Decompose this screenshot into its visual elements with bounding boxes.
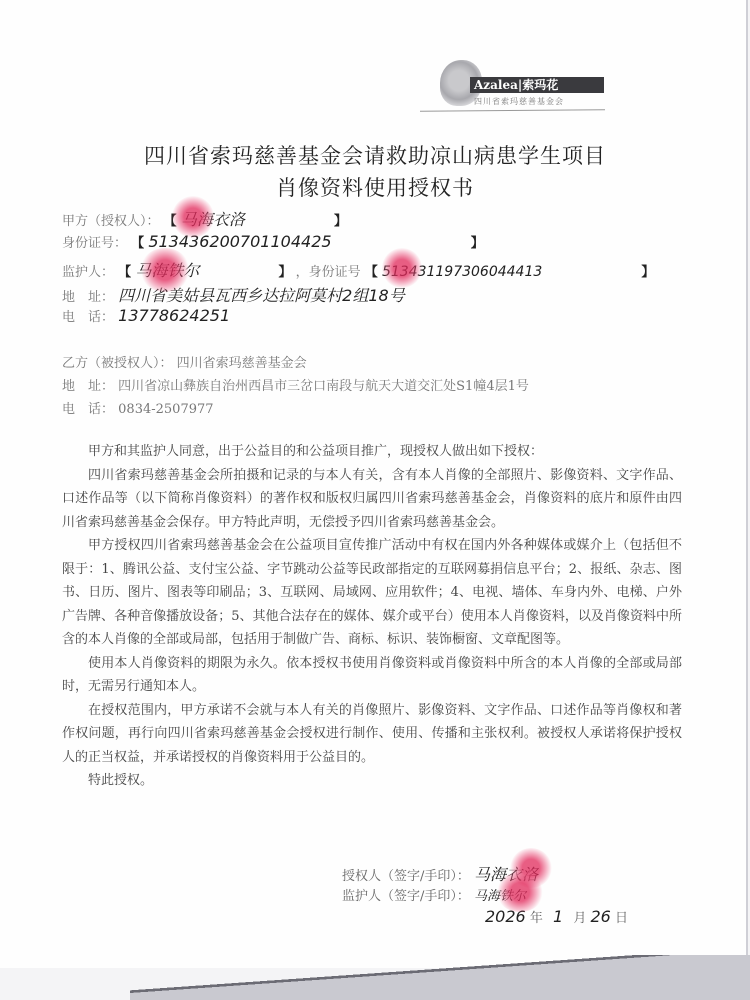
bracket-close: 】 bbox=[278, 265, 291, 280]
paragraph-commitment: 在授权范围内，甲方承诺不会就与本人有关的肖像照片、影像资料、文字作品、口述作品等… bbox=[62, 699, 682, 770]
document-page: Azalea|索玛花 四川省索玛慈善基金会 四川省索玛慈善基金会请救助凉山病患学… bbox=[0, 0, 748, 968]
party-b-name: 四川省索玛慈善基金会 bbox=[177, 356, 307, 371]
guardian-id-label: ，身份证号 bbox=[296, 265, 361, 280]
fingerprint-stamp bbox=[140, 248, 190, 292]
paragraph-consent: 甲方和其监护人同意，出于公益目的和公益项目推广，现授权人做出如下授权： bbox=[62, 440, 682, 464]
party-b-name-row: 乙方（被授权人）： 四川省索玛慈善基金会 bbox=[62, 352, 307, 371]
bracket-open: 【 bbox=[365, 265, 378, 280]
party-b-phone-label: 电 话： bbox=[62, 402, 114, 417]
fingerprint-stamp bbox=[172, 196, 214, 238]
bracket-open: 【 bbox=[131, 236, 144, 251]
authorizer-label: 授权人（签字/手印）： bbox=[342, 869, 470, 884]
agreement-body: 甲方和其监护人同意，出于公益目的和公益项目推广，现授权人做出如下授权： 四川省索… bbox=[62, 440, 682, 793]
paragraph-media-scope: 甲方授权四川省索玛慈善基金会在公益项目宣传推广活动中有权在国内外各种媒体或媒介上… bbox=[62, 534, 682, 652]
party-b-phone-row: 电 话： 0834-2507977 bbox=[62, 398, 214, 417]
paper-bottom-edge bbox=[130, 955, 750, 1000]
logo-brand-bar: Azalea|索玛花 bbox=[470, 77, 604, 93]
party-a-address-row: 地 址： 四川省美姑县瓦西乡达拉阿莫村2组18号 bbox=[62, 283, 405, 306]
bracket-open: 【 bbox=[118, 265, 131, 280]
date-month-unit: 月 bbox=[573, 911, 586, 926]
bracket-close: 】 bbox=[471, 236, 484, 251]
signing-date: 2026 年 1 月 26 日 bbox=[485, 907, 628, 926]
document-subtitle: 肖像资料使用授权书 bbox=[0, 172, 750, 202]
date-day: 26 bbox=[591, 907, 611, 926]
party-b-label: 乙方（被授权人）： bbox=[62, 356, 173, 371]
guardian-label: 监护人： bbox=[62, 265, 114, 280]
logo-brand-en: Azalea bbox=[474, 78, 518, 92]
party-a-label: 甲方（授权人）： bbox=[62, 214, 160, 229]
party-a-phone-label: 电 话： bbox=[62, 310, 114, 325]
date-year-unit: 年 bbox=[530, 911, 543, 926]
date-month: 1 bbox=[553, 907, 563, 926]
paragraph-closing: 特此授权。 bbox=[62, 769, 682, 793]
party-a-id-number: 513436200701104425 bbox=[148, 232, 331, 251]
party-b-address-row: 地 址： 四川省凉山彝族自治州西昌市三岔口南段与航天大道交汇处S1幢4层1号 bbox=[62, 375, 529, 394]
party-a-phone: 13778624251 bbox=[118, 306, 230, 325]
fingerprint-stamp bbox=[496, 872, 544, 912]
foundation-logo: Azalea|索玛花 四川省索玛慈善基金会 bbox=[440, 60, 605, 114]
logo-brand-cn: 索玛花 bbox=[522, 78, 558, 92]
party-a-id-label: 身份证号： bbox=[62, 236, 127, 251]
guardian-sign-label: 监护人（签字/手印）： bbox=[342, 889, 470, 904]
party-b-phone: 0834-2507977 bbox=[118, 402, 213, 417]
bracket-close: 】 bbox=[334, 214, 347, 229]
party-b-address-label: 地 址： bbox=[62, 379, 114, 394]
date-day-unit: 日 bbox=[615, 911, 628, 926]
fingerprint-stamp bbox=[382, 248, 422, 288]
paragraph-term: 使用本人肖像资料的期限为永久。依本授权书使用肖像资料或肖像资料中所含的本人肖像的… bbox=[62, 652, 682, 699]
document-title: 四川省索玛慈善基金会请救助凉山病患学生项目 bbox=[0, 140, 750, 170]
paragraph-copyright: 四川省索玛慈善基金会所拍摄和记录的与本人有关，含有本人肖像的全部照片、影像资料、… bbox=[62, 464, 682, 535]
bracket-close: 】 bbox=[641, 265, 654, 280]
party-a-id-row: 身份证号： 【 513436200701104425 】 bbox=[62, 232, 484, 251]
party-a-phone-row: 电 话： 13778624251 bbox=[62, 306, 230, 325]
logo-org-name: 四川省索玛慈善基金会 bbox=[474, 96, 564, 107]
party-b-address: 四川省凉山彝族自治州西昌市三岔口南段与航天大道交汇处S1幢4层1号 bbox=[118, 379, 529, 394]
logo-divider bbox=[420, 109, 605, 112]
party-a-address-label: 地 址： bbox=[62, 290, 114, 305]
